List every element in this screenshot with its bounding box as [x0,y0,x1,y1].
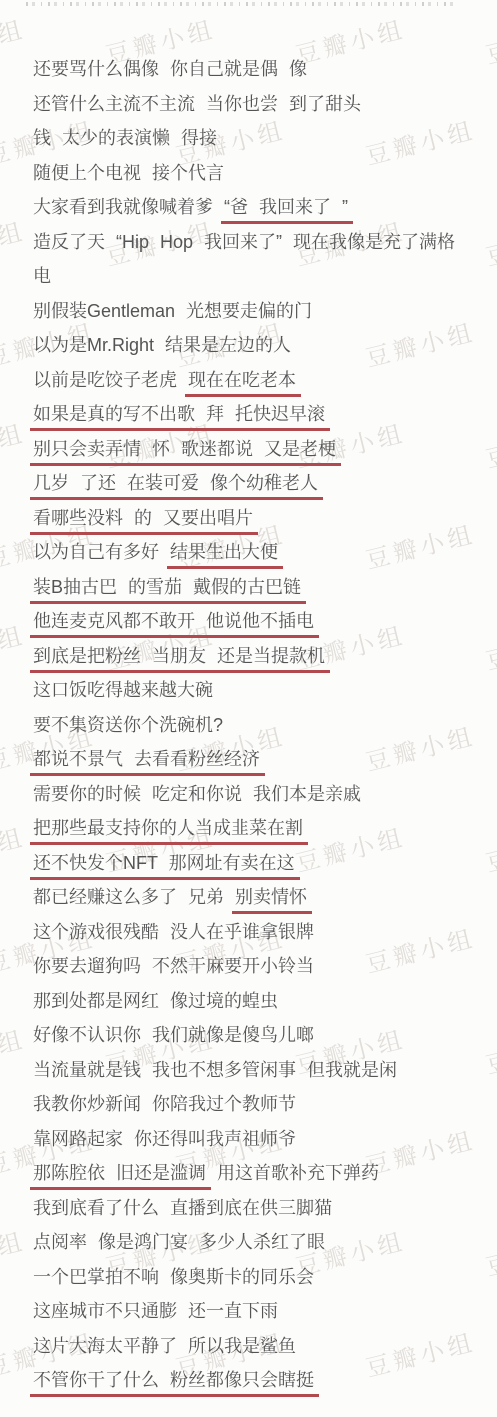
lyric-underlined-segment: 别只会卖弄情 怀 歌迷都说 又是老梗 [30,439,341,466]
lyric-segment: 这个游戏很残酷 没人在乎谁拿银牌 [33,922,314,942]
lyric-underlined-segment: 别卖情怀 [232,887,312,914]
lyric-segment: 以为是Mr.Right 结果是左边的人 [33,335,291,355]
lyric-line: 点阅率 像是鸿门宴 多少人杀红了眼 [33,1225,497,1260]
lyric-underlined-segment: 现在在吃老本 [185,370,301,397]
lyric-segment: 这座城市不只通膨 还一直下雨 [33,1301,278,1321]
watermark: 豆瓣小组 [0,413,29,474]
lyric-underlined-segment: 看哪些没料 的 又要出唱片 [30,508,258,535]
lyric-segment: 用这首歌补充下弹药 [206,1163,379,1183]
lyric-line: 那到处都是网红 像过境的蝗虫 [33,984,497,1019]
lyric-underlined-segment: 他连麦克风都不敢开 他说他不插电 [30,611,319,638]
lyric-line: 几岁 了还 在装可爱 像个幼稚老人 [33,466,497,501]
lyrics-text: 还要骂什么偶像 你自己就是偶 像还管什么主流不主流 当你也尝 到了甜头钱 太少的… [33,52,497,1398]
lyric-line: 装B抽古巴 的雪茄 戴假的古巴链 [33,570,497,605]
lyric-line: 靠网路起家 你还得叫我声祖师爷 [33,1122,497,1157]
lyric-line: 那陈腔依 旧还是滥调 用这首歌补充下弹药 [33,1156,497,1191]
lyric-underlined-segment: 那陈腔依 旧还是滥调 [30,1163,211,1190]
lyric-segment: 钱 太少的表演懒 得接 [33,128,217,148]
lyric-line: 他连麦克风都不敢开 他说他不插电 [33,604,497,639]
lyric-line: 别假装Gentleman 光想要走偏的门 [33,294,497,329]
lyric-line: 到底是把粉丝 当朋友 还是当提款机 [33,639,497,674]
lyric-segment: 这片大海太平静了 所以我是鲨鱼 [33,1336,296,1356]
lyric-line: 都说不景气 去看看粉丝经济 [33,742,497,777]
lyric-line: 当流量就是钱 我也不想多管闲事 但我就是闲 [33,1053,497,1088]
lyric-line: 我教你炒新闻 你陪我过个教师节 [33,1087,497,1122]
lyric-segment: 我教你炒新闻 你陪我过个教师节 [33,1094,296,1114]
lyric-segment: 一个巴掌拍不响 像奥斯卡的同乐会 [33,1267,314,1287]
lyric-line: 好像不认识你 我们就像是傻鸟儿啷 [33,1018,497,1053]
lyric-line: 随便上个电视 接个代言 [33,156,497,191]
lyric-underlined-segment: 不管你干了什么 粉丝都像只会瞎挺 [30,1370,319,1397]
lyric-segment: 我到底看了什么 直播到底在供三脚猫 [33,1198,332,1218]
lyric-underlined-segment: 结果生出大便 [167,542,283,569]
lyric-segment: 好像不认识你 我们就像是傻鸟儿啷 [33,1025,314,1045]
lyric-line: 看哪些没料 的 又要出唱片 [33,501,497,536]
lyric-segment: 都已经赚这么多了 兄弟 [33,887,235,907]
lyric-segment: 点阅率 像是鸿门宴 多少人杀红了眼 [33,1232,325,1252]
lyric-segment: 以前是吃饺子老虎 [33,370,188,390]
lyric-line: 以前是吃饺子老虎 现在在吃老本 [33,363,497,398]
lyric-line: 钱 太少的表演懒 得接 [33,121,497,156]
watermark: 豆瓣小组 [0,1221,29,1282]
lyric-line: 还不快发个NFT 那网址有卖在这 [33,846,497,881]
clipped-text-remnant [26,2,458,6]
lyric-line: 这口饭吃得越来越大碗 [33,673,497,708]
watermark: 豆瓣小组 [0,817,29,878]
lyric-underlined-segment: 都说不景气 去看看粉丝经济 [30,749,265,776]
lyric-line: 需要你的时候 吃定和你说 我们本是亲戚 [33,777,497,812]
lyric-segment: 别假装Gentleman 光想要走偏的门 [33,301,312,321]
lyric-line: 以为是Mr.Right 结果是左边的人 [33,328,497,363]
lyric-line: 我到底看了什么 直播到底在供三脚猫 [33,1191,497,1226]
lyric-segment: 还管什么主流不主流 当你也尝 到了甜头 [33,94,361,114]
lyric-underlined-segment: 把那些最支持你的人当成韭菜在割 [30,818,308,845]
lyric-segment: 还要骂什么偶像 你自己就是偶 像 [33,59,307,79]
lyric-segment: 大家看到我就像喊着爹 [33,197,224,217]
lyric-line: 造反了天 “Hip Hop 我回来了” 现在我像是充了满格 [33,225,497,260]
lyric-line: 大家看到我就像喊着爹 “爸 我回来了 ” [33,190,497,225]
lyric-line: 一个巴掌拍不响 像奥斯卡的同乐会 [33,1260,497,1295]
lyric-line: 这座城市不只通膨 还一直下雨 [33,1294,497,1329]
lyric-segment: 这口饭吃得越来越大碗 [33,680,213,700]
lyric-segment: 电 [33,266,51,286]
lyric-segment: 以为自己有多好 [33,542,170,562]
lyrics-image: 豆瓣小组豆瓣小组豆瓣小组豆瓣小组豆瓣小组豆瓣小组豆瓣小组豆瓣小组豆瓣小组豆瓣小组… [0,0,497,1417]
lyric-line: 电 [33,259,497,294]
lyric-underlined-segment: 如果是真的写不出歌 拜 托快迟早滚 [30,404,330,431]
lyric-line: 还要骂什么偶像 你自己就是偶 像 [33,52,497,87]
watermark: 豆瓣小组 [0,615,29,676]
lyric-underlined-segment: 装B抽古巴 的雪茄 戴假的古巴链 [30,577,306,604]
lyric-line: 你要去遛狗吗 不然干麻要开小铃当 [33,949,497,984]
lyric-line: 别只会卖弄情 怀 歌迷都说 又是老梗 [33,432,497,467]
lyric-underlined-segment: “爸 我回来了 ” [221,197,353,224]
lyric-underlined-segment: 还不快发个NFT 那网址有卖在这 [30,853,300,880]
watermark: 豆瓣小组 [0,9,29,70]
lyric-line: 要不集资送你个洗碗机? [33,708,497,743]
lyric-segment: 当流量就是钱 我也不想多管闲事 但我就是闲 [33,1060,397,1080]
lyric-segment: 靠网路起家 你还得叫我声祖师爷 [33,1129,296,1149]
lyric-segment: 要不集资送你个洗碗机? [33,715,223,735]
lyric-line: 以为自己有多好 结果生出大便 [33,535,497,570]
lyric-segment: 随便上个电视 接个代言 [33,163,224,183]
lyric-segment: 造反了天 “Hip Hop 我回来了” 现在我像是充了满格 [33,232,455,252]
lyric-underlined-segment: 几岁 了还 在装可爱 像个幼稚老人 [30,473,323,500]
lyric-segment: 你要去遛狗吗 不然干麻要开小铃当 [33,956,314,976]
lyric-line: 都已经赚这么多了 兄弟 别卖情怀 [33,880,497,915]
lyric-line: 如果是真的写不出歌 拜 托快迟早滚 [33,397,497,432]
lyric-segment: 那到处都是网红 像过境的蝗虫 [33,991,278,1011]
watermark: 豆瓣小组 [0,1019,29,1080]
watermark: 豆瓣小组 [0,211,29,272]
lyric-underlined-segment: 到底是把粉丝 当朋友 还是当提款机 [30,646,330,673]
lyric-line: 不管你干了什么 粉丝都像只会瞎挺 [33,1363,497,1398]
lyric-segment: 需要你的时候 吃定和你说 我们本是亲戚 [33,784,361,804]
lyric-line: 还管什么主流不主流 当你也尝 到了甜头 [33,87,497,122]
lyric-line: 把那些最支持你的人当成韭菜在割 [33,811,497,846]
lyric-line: 这个游戏很残酷 没人在乎谁拿银牌 [33,915,497,950]
lyric-line: 这片大海太平静了 所以我是鲨鱼 [33,1329,497,1364]
